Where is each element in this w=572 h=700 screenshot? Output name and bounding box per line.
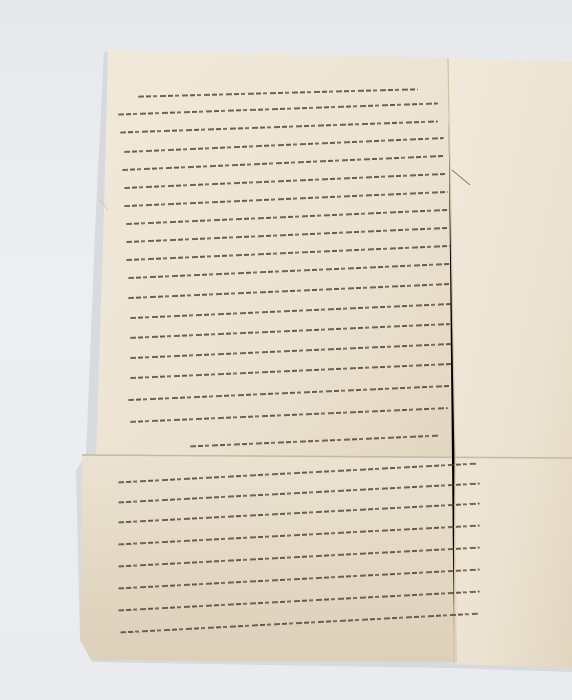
photo-scene: Photograph of an aged, folded handwritte… [0, 0, 572, 700]
